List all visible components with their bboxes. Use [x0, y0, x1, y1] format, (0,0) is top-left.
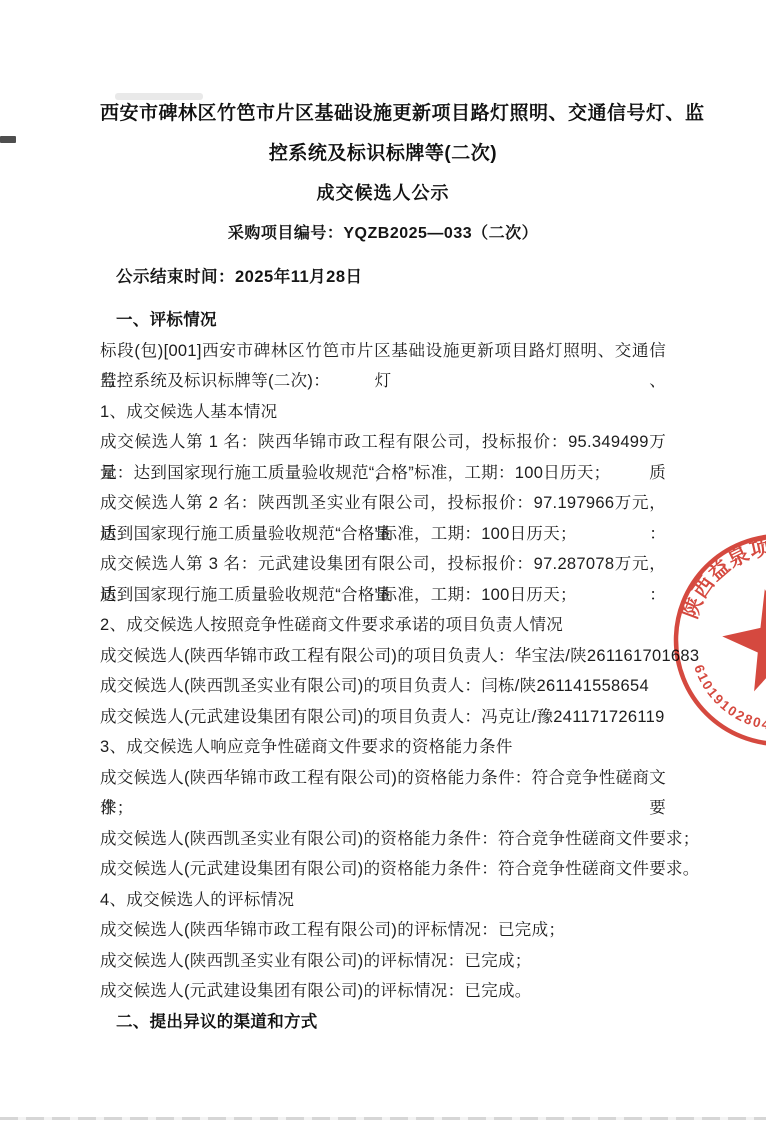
body-line-item-3: 3、成交候选人响应竞争性磋商文件要求的资格能力条件 [100, 732, 666, 763]
body-line-manager-2: 成交候选人(陕西凯圣实业有限公司)的项目负责人：闫栋/陕261141558654 [100, 671, 666, 702]
project-number: 采购项目编号：YQZB2025—033（二次） [100, 214, 666, 254]
body-line-manager-3: 成交候选人(元武建设集团有限公司)的项目负责人：冯克让/豫24117172611… [100, 702, 666, 733]
scan-smudge [115, 93, 203, 100]
body-line-manager-1: 成交候选人(陕西华锦市政工程有限公司)的项目负责人：华宝法/陕261161701… [100, 641, 666, 672]
svg-text:陕西益泉项目: 陕西益泉项目 [678, 535, 766, 621]
body-line-qualification-2: 成交候选人(陕西凯圣实业有限公司)的资格能力条件：符合竞争性磋商文件要求； [100, 824, 666, 855]
svg-text:61019102804: 61019102804 [691, 663, 766, 733]
body-line-item-2: 2、成交候选人按照竞争性磋商文件要求承诺的项目负责人情况 [100, 610, 666, 641]
publicity-end-time: 公示结束时间：2025年11月28日 [100, 260, 666, 294]
body-line-candidate-1: 成交候选人第 1 名：陕西华锦市政工程有限公司，投标报价：95.349499万元… [100, 427, 666, 458]
body-line-candidate-2: 成交候选人第 2 名：陕西凯圣实业有限公司，投标报价：97.197966万元，质… [100, 488, 666, 519]
body-line-qualification-1: 成交候选人(陕西华锦市政工程有限公司)的资格能力条件：符合竞争性磋商文件要 [100, 763, 666, 794]
body-line-evaluation-3: 成交候选人(元武建设集团有限公司)的评标情况：已完成。 [100, 976, 666, 1007]
document-body: 西安市碑林区竹笆市片区基础设施更新项目路灯照明、交通信号灯、监 控系统及标识标牌… [100, 0, 666, 1037]
section-heading-objection: 二、提出异议的渠道和方式 [100, 1007, 666, 1038]
scan-artifact-mark [0, 136, 16, 143]
body-line-evaluation-2: 成交候选人(陕西凯圣实业有限公司)的评标情况：已完成； [100, 946, 666, 977]
body-line-item-4: 4、成交候选人的评标情况 [100, 885, 666, 916]
star-icon [714, 578, 766, 695]
seal-company-arc-text: 陕西益泉项目 [678, 535, 766, 621]
body-line-evaluation-1: 成交候选人(陕西华锦市政工程有限公司)的评标情况：已完成； [100, 915, 666, 946]
document-subtitle: 成交候选人公示 [100, 174, 666, 212]
document-title-line-2: 控系统及标识标牌等(二次) [100, 134, 666, 174]
body-line: 量：达到国家现行施工质量验收规范“合格”标准，工期：100日历天； [100, 458, 666, 489]
section-heading-evaluation: 一、评标情况 [100, 305, 666, 336]
body-line-item-1: 1、成交候选人基本情况 [100, 397, 666, 428]
document-title-line-1: 西安市碑林区竹笆市片区基础设施更新项目路灯照明、交通信号灯、监 [100, 94, 666, 134]
page-bottom-edge [0, 1117, 766, 1120]
body-line-candidate-3: 成交候选人第 3 名：元武建设集团有限公司，投标报价：97.287078万元，质… [100, 549, 666, 580]
body-line: 标段(包)[001]西安市碑林区竹笆市片区基础设施更新项目路灯照明、交通信号灯、 [100, 336, 666, 367]
seal-ring [676, 536, 766, 744]
seal-code-number: 61019102804 [691, 663, 766, 733]
document-page: 西安市碑林区竹笆市片区基础设施更新项目路灯照明、交通信号灯、监 控系统及标识标牌… [0, 0, 766, 1123]
body-line-qualification-3: 成交候选人(元武建设集团有限公司)的资格能力条件：符合竞争性磋商文件要求。 [100, 854, 666, 885]
